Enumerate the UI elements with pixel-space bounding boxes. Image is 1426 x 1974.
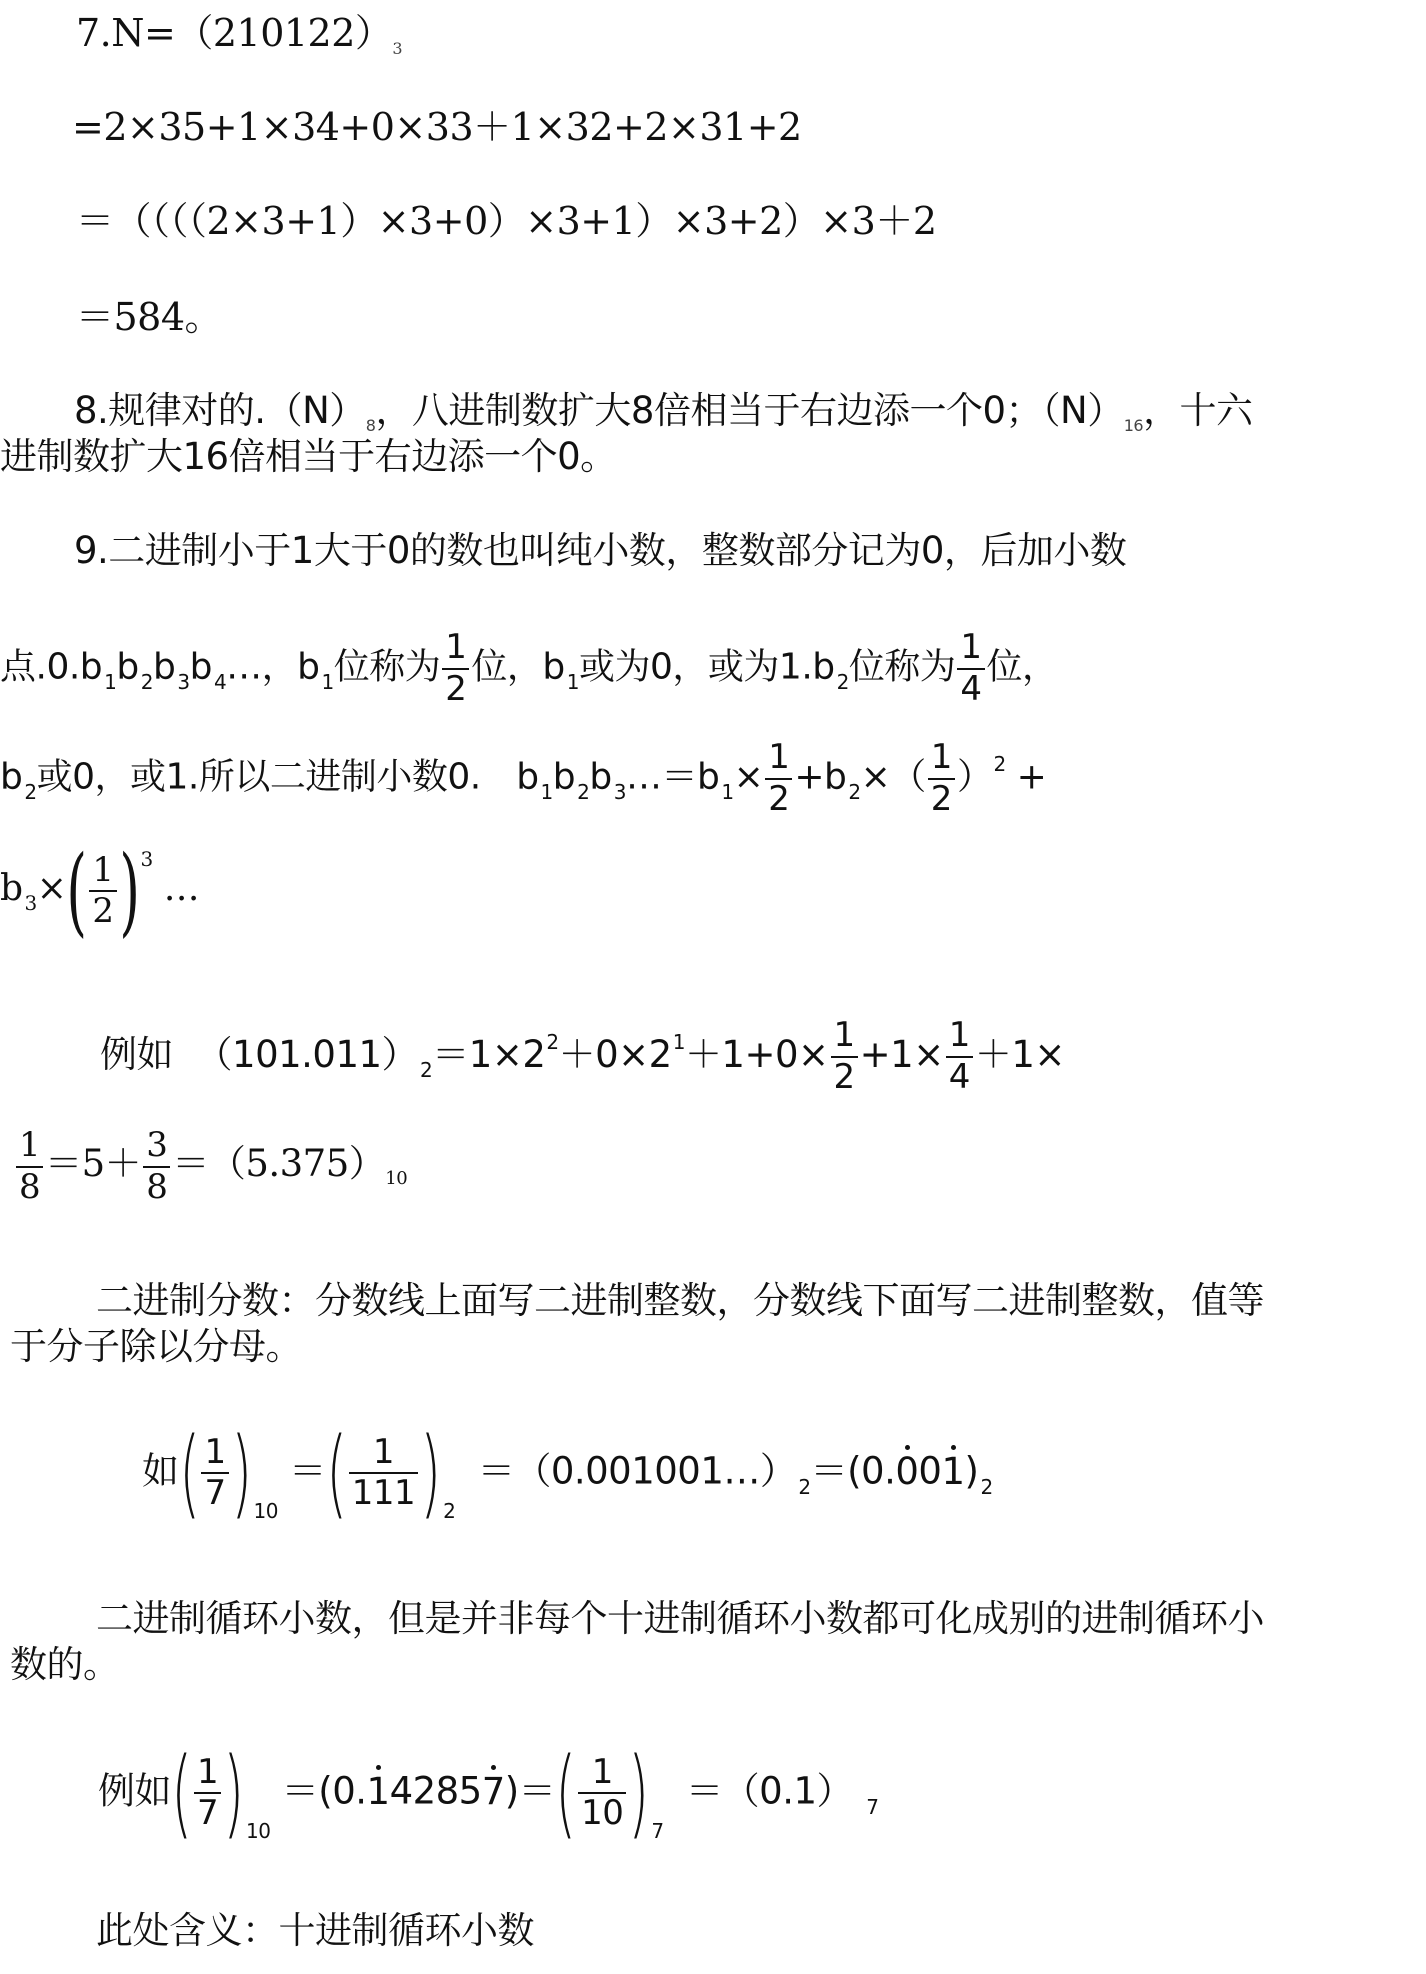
right-paren: ) [223,1750,243,1836]
denominator: 2 [442,672,469,708]
text: 位，b [471,647,564,688]
text: )＝ [505,1770,555,1813]
repeating-line1: 二进制循环小数，但是并非每个十进制循环小数都可化成别的进制循环小 [96,1600,1264,1637]
text: b [0,757,22,798]
subscript: 3 [177,670,189,694]
text: …，b [226,647,319,688]
base-subscript: 7 [651,1819,663,1843]
text: ＝（0.001001…） [478,1450,797,1493]
subscript: 2 [141,670,153,694]
denominator: 2 [831,1060,858,1096]
fraction-three-eighths: 38 [143,1128,170,1205]
example1-line2: 18＝5＋38＝（5.375）10 [14,1128,407,1205]
fraction-one-eighth: 18 [16,1128,43,1205]
fraction-one-seventh: 17 [201,1435,228,1512]
text: 点.0.b [0,647,102,688]
example3: 例如(17)10 ＝(0.142857)＝(110)7 ＝（0.1） 7 [98,1750,879,1841]
item7-heading: 7.N=（210122）3 [76,14,402,57]
denominator: 4 [957,672,984,708]
text: ＋1× [975,1033,1065,1076]
denominator: 2 [765,782,792,818]
denominator: 8 [16,1170,43,1206]
text: ＝(0. [282,1770,367,1813]
exponent: 3 [141,847,153,871]
meaning-text: 此处含义：十进制循环小数 [96,1912,534,1949]
base-subscript: 10 [254,1499,278,1523]
subscript: 2 [24,780,36,804]
subscript: 4 [214,670,226,694]
repeating-digit-end: 7 [482,1773,505,1810]
item7-expansion: =2×35+1×34+0×33＋1×32+2×31+2 [72,108,802,146]
example-label: 如 [142,1450,179,1493]
item9-intro: 9.二进制小于1大于0的数也叫纯小数，整数部分记为0，后加小数 [74,532,1126,569]
exponent: 2 [546,1030,558,1054]
item8-text-a: 8.规律对的.（N） [74,389,366,432]
denominator: 8 [143,1170,170,1206]
text: ＝（0.1） [686,1770,853,1813]
denominator: 4 [946,1060,973,1096]
subscript: 1 [322,670,334,694]
text: 位称为 [334,647,441,688]
repeating-digit-end: 1 [941,1453,964,1490]
text: b [116,647,138,688]
repeating-digit-start: 0 [895,1453,918,1490]
item7-heading-text: 7.N=（210122） [76,11,392,55]
text: × [734,757,764,798]
base-subscript: 7 [866,1795,878,1819]
left-paren: ( [67,848,87,934]
numerator: 1 [16,1128,43,1164]
numerator: 1 [831,1018,858,1054]
text: 或0，或1.所以二进制小数0. b [37,757,539,798]
example2: 如(17)10 ＝(1111)2 ＝（0.001001…）2＝(0.001)2 [142,1430,993,1521]
text: × [37,868,67,909]
fraction-one-half: 12 [831,1018,858,1095]
example-label: 例如 [100,1033,173,1076]
right-paren: ) [119,848,139,934]
right-paren: ) [420,1430,440,1516]
numerator: 1 [928,740,955,776]
item7-horner: ＝（（（（2×3+1）×3+0）×3+1）×3+2）×3＋2 [76,202,937,240]
numerator: 1 [370,1435,397,1471]
item9-line2: 点.0.b1b2b3b4…，b1位称为12位，b1或为0，或为1.b2位称为14… [0,630,1058,707]
text: ＋0×2 [559,1033,672,1076]
subscript: 1 [104,670,116,694]
subscript: 2 [837,670,849,694]
text: b [553,757,575,798]
fraction-one-half: 12 [928,740,955,817]
denominator: 111 [349,1476,418,1512]
text: ＋1+0× [685,1033,829,1076]
left-paren: ( [326,1430,346,1516]
item7-result: ＝584。 [76,298,222,336]
text: ＝5＋ [45,1142,141,1185]
subscript: 2 [577,780,589,804]
base-subscript: 3 [392,39,402,58]
base-subscript: 8 [366,416,376,435]
base-subscript: 10 [385,1168,407,1189]
repeating-line2: 数的。 [10,1646,120,1683]
denominator: 7 [201,1476,228,1512]
exponent: 1 [673,1030,685,1054]
text: ) [965,1450,979,1493]
fraction-one-seventh: 17 [194,1755,221,1832]
text: 4285 [390,1770,482,1813]
fraction-one-half: 12 [442,630,469,707]
example1-line1: 例如 （101.011）2＝1×22＋0×21＋1+0×12+1×14＋1× [100,1018,1065,1095]
left-paren: ( [556,1750,576,1836]
right-paren: ) [231,1430,251,1516]
subscript: 3 [25,891,37,915]
subscript: 2 [848,780,860,804]
binary-fraction-line2: 于分子除以分母。 [10,1328,302,1365]
base-subscript: 10 [246,1819,270,1843]
right-paren: ) [629,1750,649,1836]
text: b [190,647,212,688]
fraction-one-half: 12 [765,740,792,817]
text: 或为0，或为1.b [579,647,835,688]
text: + [1006,757,1047,798]
left-paren: ( [171,1750,191,1836]
text: 0 [918,1450,941,1493]
item8-line1: 8.规律对的.（N）8，八进制数扩大8倍相当于右边添一个0；（N）16，十六 [74,392,1253,434]
text: +b [794,757,846,798]
example-label: 例如 [98,1770,171,1813]
denominator: 10 [578,1796,626,1832]
denominator: 2 [89,894,116,930]
subscript: 1 [541,780,553,804]
text: 位， [987,647,1058,688]
item8-text-c: ，十六 [1143,389,1253,432]
subscript: 1 [567,670,579,694]
fraction-one-quarter: 14 [957,630,984,707]
denominator: 7 [194,1796,221,1832]
text: ×（ [861,757,926,798]
text: +1× [860,1033,944,1076]
numerator: 1 [442,630,469,666]
base-subscript: 2 [980,1475,992,1499]
numerator: 1 [765,740,792,776]
text: … [153,868,199,909]
text: b [589,757,611,798]
numerator: 1 [946,1018,973,1054]
text: ＝ [289,1450,326,1493]
numerator: 3 [143,1128,170,1164]
item9-line4: b3×(12)3 … [0,848,199,934]
text: ＝1×2 [432,1033,545,1076]
fraction-one-over-10: 110 [578,1755,626,1832]
text: …＝b [626,757,719,798]
base-subscript: 16 [1124,416,1143,435]
text: （101.011） [196,1033,419,1076]
left-paren: ( [179,1430,199,1516]
item8-text-b: ，八进制数扩大8倍相当于右边添一个0；（N） [375,389,1123,432]
numerator: 1 [89,853,116,889]
text: ） [957,757,993,798]
base-subscript: 2 [420,1058,432,1082]
numerator: 1 [957,630,984,666]
numerator: 1 [589,1755,616,1791]
base-subscript: 2 [798,1475,810,1499]
numerator: 1 [201,1435,228,1471]
subscript: 1 [721,780,733,804]
fraction-one-half: 12 [89,853,116,930]
text: b [0,868,23,909]
text: ＝（5.375） [172,1142,385,1185]
binary-fraction-line1: 二进制分数：分数线上面写二进制整数，分数线下面写二进制整数，值等 [96,1282,1264,1319]
repeating-digit-start: 1 [367,1773,390,1810]
exponent: 2 [993,752,1005,776]
fraction-one-over-111: 1111 [349,1435,418,1512]
base-subscript: 2 [443,1499,455,1523]
numerator: 1 [194,1755,221,1791]
item8-line2: 进制数扩大16倍相当于右边添一个0。 [0,438,617,475]
subscript: 3 [614,780,626,804]
denominator: 2 [928,782,955,818]
text: b [153,647,175,688]
text: 位称为 [849,647,956,688]
text: ＝(0. [811,1450,896,1493]
item9-line3: b2或0，或1.所以二进制小数0. b1b2b3…＝b1×12+b2×（12）2… [0,740,1046,817]
fraction-one-quarter: 14 [946,1018,973,1095]
